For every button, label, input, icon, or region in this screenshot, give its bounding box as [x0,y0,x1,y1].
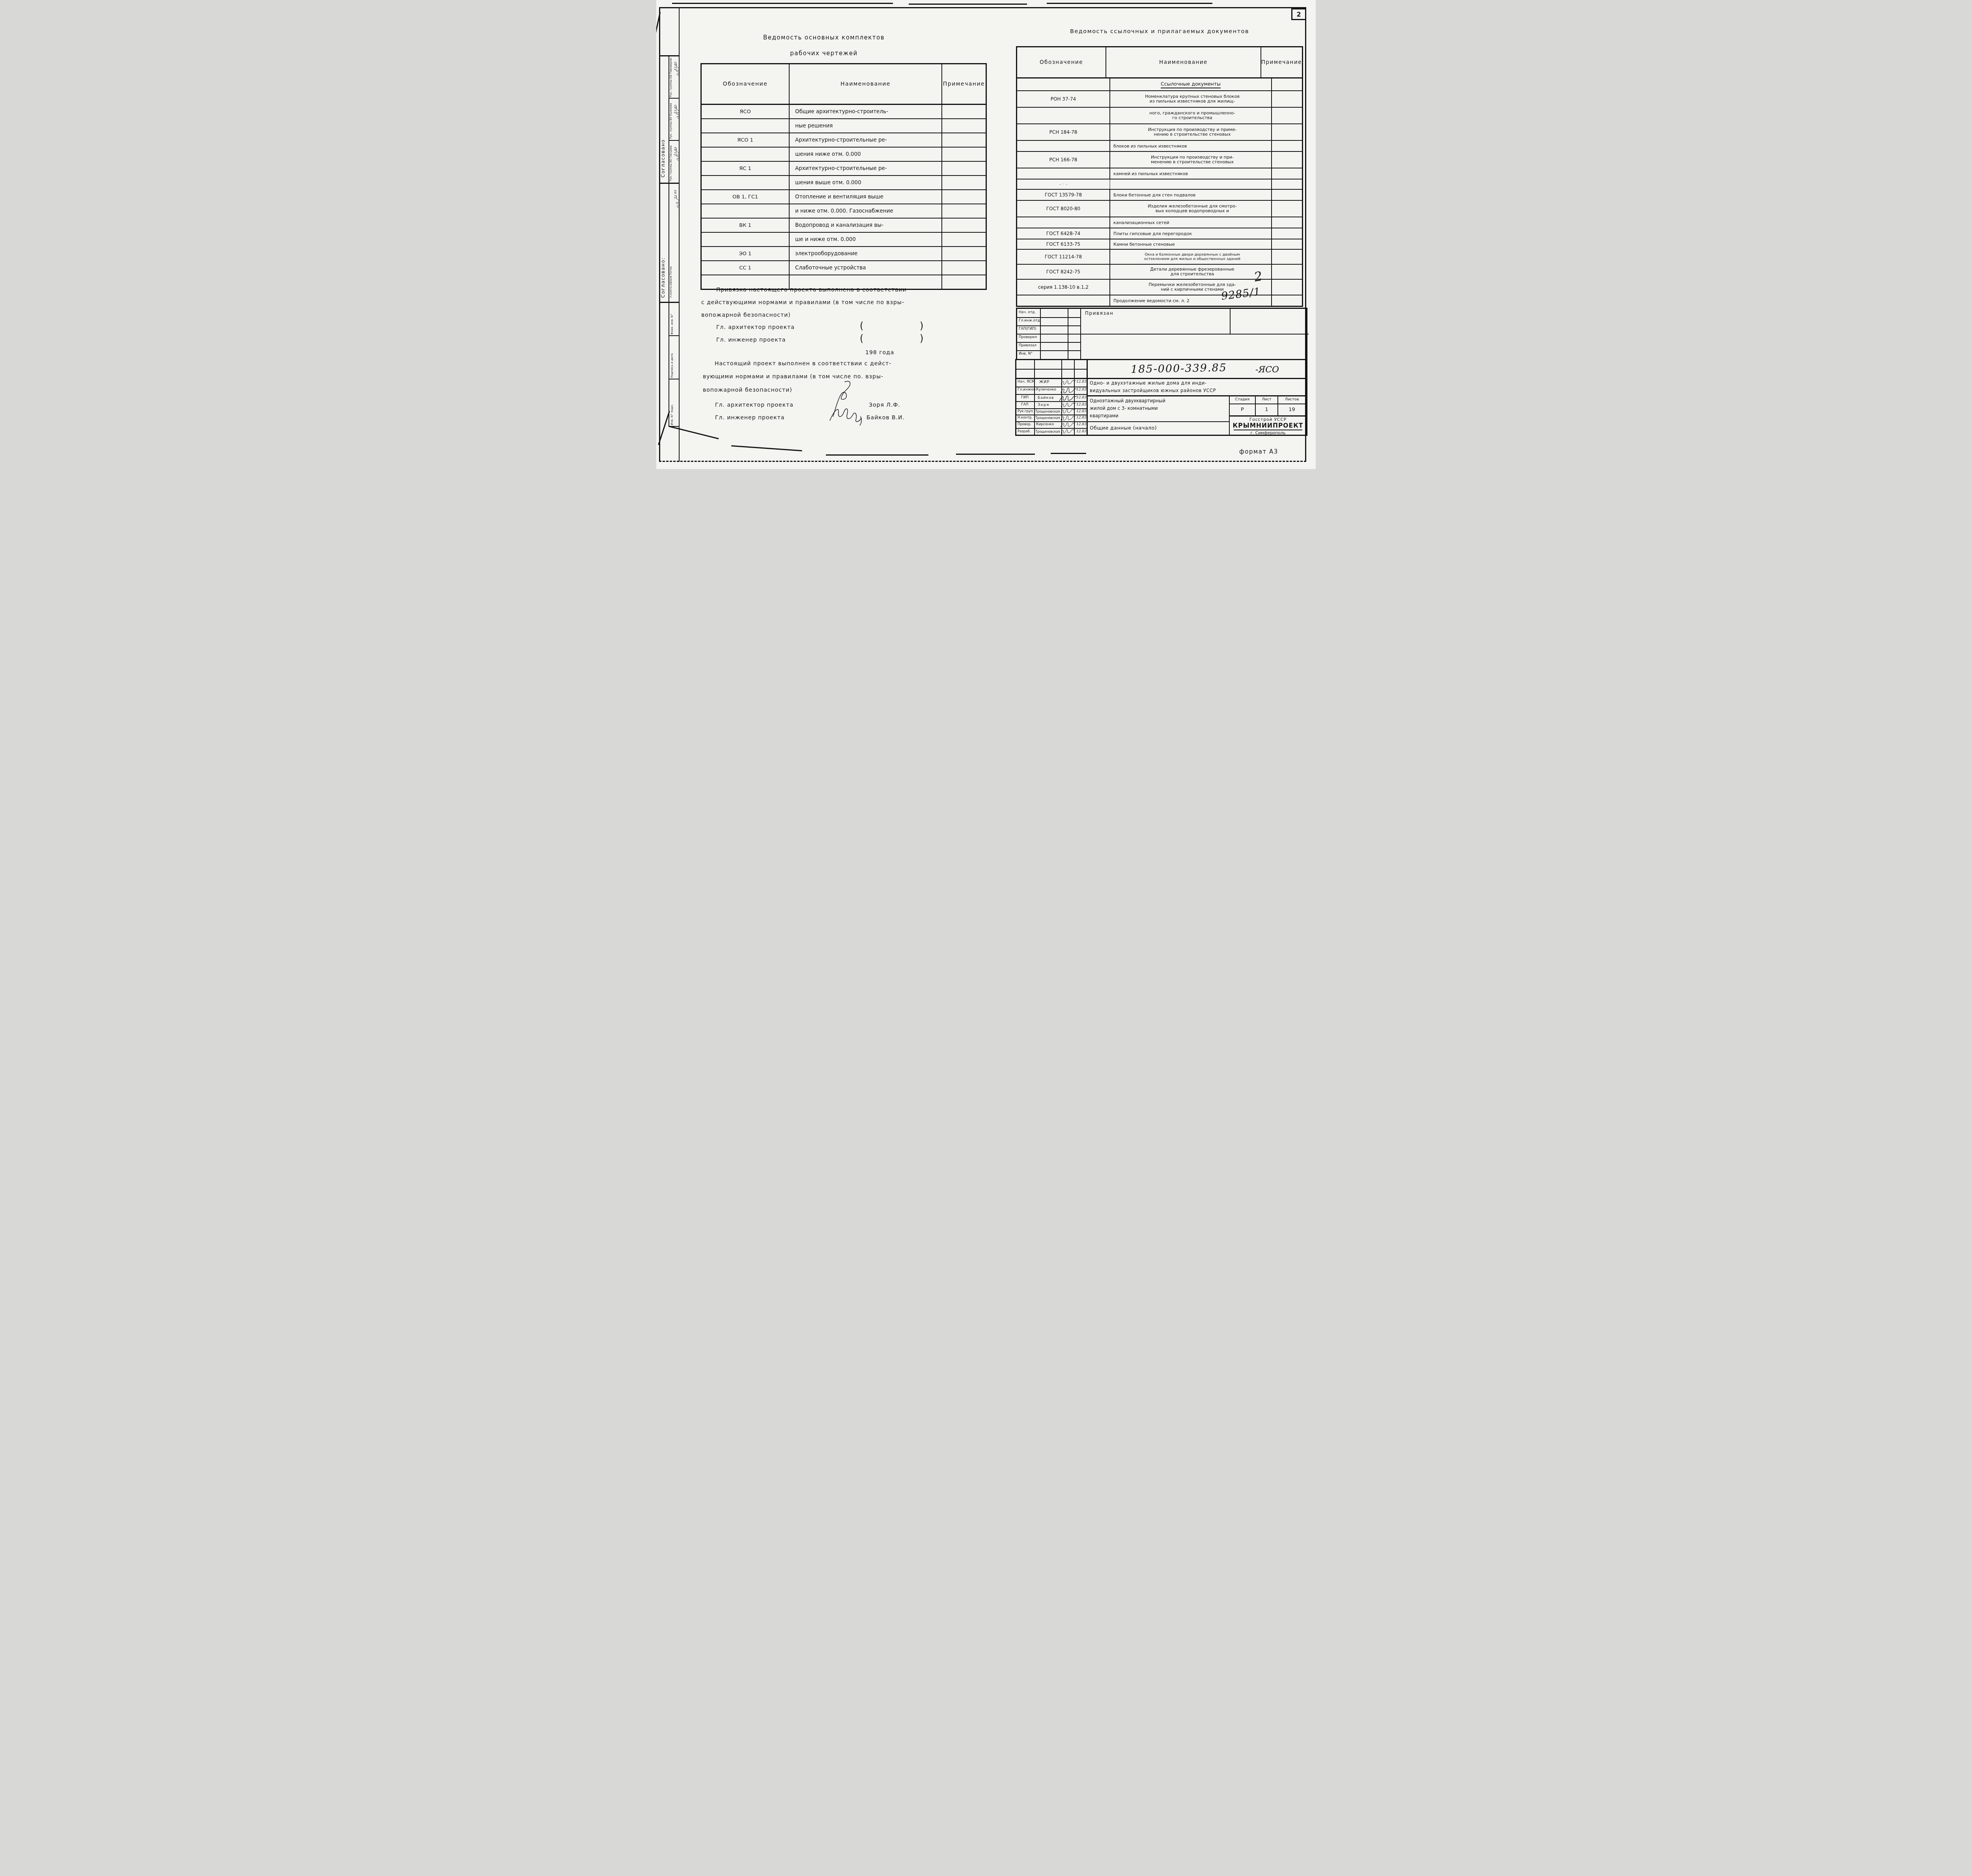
page-number-box: 2 [1291,8,1306,20]
table-row: ГОСТ 6428-74Плиты гипсовые для перегород… [1017,228,1302,239]
paren-open: ( [860,333,863,344]
table-row: РОН 37-74Номенклатура крупных стеновых б… [1017,91,1302,108]
attach-row-label: Нач. отд. [1019,310,1036,314]
chief-architect-name: Зоря Л.Ф. [869,402,900,408]
margin-line [669,379,679,379]
row-code: ГОСТ 13579-78 [1017,190,1110,200]
org-name: КРЫМНИИПРОЕКТ [1230,422,1306,429]
row-note [1272,239,1302,249]
stamp-cell-vzam: Взам. инв. N° [670,303,674,334]
row-code [702,204,790,218]
title-block: 185-000-339.85 -ЯСО Нач. ЯСМ ЖИР 12.83 Г… [1015,359,1307,436]
row-code: СС 1 [702,261,790,275]
row-code [702,176,790,189]
row-note [1272,295,1302,306]
stamp-line [1016,408,1087,409]
org-underline [1234,430,1302,430]
col-header-name: Наименование [790,64,942,104]
row-note [1272,179,1302,189]
row-name: ного, гражданского и промышленно-го стро… [1110,108,1272,123]
stamp-line [1034,360,1035,435]
table-row: ЯСО 1Архитектурно-строительные ре- [702,133,986,148]
row-name: ше и ниже отм. 0.000 [790,233,942,246]
list-header: Лист [1256,397,1277,402]
row-name-line2: вых колодцев водопроводных и [1156,209,1229,214]
working-sets-table: Обозначение Наименование Примечание ЯСОО… [700,63,987,290]
project-note-line1: Настоящий проект выполнен в соответствии… [715,361,891,367]
row-code: ЯСО [702,105,790,118]
signature-scribble [1060,422,1076,428]
row-name: Слаботочные устройства [790,261,942,275]
referenced-docs-table: Обозначение Наименование Примечание Ссыл… [1016,46,1303,307]
stamp-line [1016,421,1087,422]
row-name-line2: нению в строительстве стеновых [1154,132,1231,137]
stamp-line [1087,395,1306,396]
row-code: РСН 184-78 [1017,124,1110,140]
stamp-line [1017,317,1081,318]
row-note [942,204,986,218]
sig-name: Байков [1038,396,1054,400]
row-name-line2: ний с кирпичными стенами [1161,287,1224,292]
row-name-line2: менению в строительстве стеновых [1151,160,1234,165]
row-name: и ниже отм. 0.000. Газоснабжение [790,204,942,218]
row-code [1017,295,1110,306]
row-name: Номенклатура крупных стеновых блоковиз п… [1110,91,1272,107]
agreed-label: Согласовано [660,59,666,178]
attach-row-label: ГАП(ГИП) [1019,327,1036,331]
row-name: Камни бетонные стеновые [1110,239,1272,249]
row-code: ГОСТ 6133-75 [1017,239,1110,249]
sig-name: Зоря [1038,403,1049,407]
row-code: ГОСТ 11214-78 [1017,250,1110,264]
binding-note-line1: Привязка настоящего проекта выполнена в … [716,287,907,293]
stamp-line [1017,334,1309,334]
approval-row-label: Рук. группы ЭО Писцова [669,142,672,181]
attach-row-label: Инв. N° [1019,352,1033,356]
approval-row-label: Рук. группы ОВ Пивоваров- [669,56,672,97]
row-name: Архитектурно-строительные ре- [790,162,942,175]
signature-scribble [1060,415,1076,421]
stamp-line [1017,342,1081,343]
row-note [1272,280,1302,295]
row-code: - · - [1017,179,1110,189]
attached-note: Привязан [1085,310,1113,316]
row-name: шения выше отм. 0.000 [790,176,942,189]
table-row: РСН 166-78Инструкция по производству и п… [1017,152,1302,168]
row-note [1272,141,1302,151]
row-name: Блоки бетонные для стен подвалов [1110,190,1272,200]
row-note [1272,91,1302,107]
sig-date: 12.83 [1076,403,1087,407]
chief-engineer-label: Гл. инженер проекта [716,337,786,343]
row-code: ЯС 1 [702,162,790,175]
attach-row-label: Гл.инж.отд [1019,319,1040,323]
project-name-line2: видуальных застройщиков южных районов УС… [1090,388,1216,393]
doc-number: 185-000-339.85 [1131,362,1227,376]
table-row: шения выше отм. 0.000 [702,176,986,190]
row-name: ные решения [790,119,942,133]
table-row: ЯС 1Архитектурно-строительные ре- [702,162,986,176]
sig-role: Провер. [1018,422,1031,426]
table-row: канализационных сетей [1017,217,1302,228]
row-note [942,261,986,275]
row-code [1017,108,1110,123]
project-name-line1: Одно- и двухэтажные жилые дома для инди- [1090,380,1206,386]
row-name: Изделия железобетонные для смотро-вых ко… [1110,201,1272,217]
stamp-line [1016,415,1087,415]
attachment-block: Нач. отд. Гл.инж.отд ГАП(ГИП) Проверил П… [1016,308,1307,359]
row-note [1272,190,1302,200]
sig-date: 12.83 [1076,416,1087,420]
row-name-line1: Окна и балконные двери деревянные с двой… [1145,252,1240,257]
row-code: ГОСТ 8020-80 [1017,201,1110,217]
year-blank: 198 года [865,349,894,356]
sig-date: 12.83 [1076,409,1087,413]
signature-scribble [1061,379,1076,386]
row-code: ВК 1 [702,219,790,232]
row-code [1017,217,1110,228]
scanned-drawing-sheet: 2 Согласовано Согласовано: Рук. группы О… [656,0,1316,469]
row-name: Инструкция по производству и при-менению… [1110,152,1272,168]
attach-row-label: Привязал [1019,344,1036,348]
object-name-line2: жилой дом с 3- комнатными [1090,405,1158,411]
top-edge-dash [909,4,1027,5]
row-code: ГОСТ 8242-75 [1017,265,1110,279]
sig-role: Разраб. [1018,430,1031,433]
row-note [942,148,986,161]
row-code: ЭО 1 [702,247,790,260]
stamp-line [1087,360,1088,435]
object-name-line1: Одноэтажный двухквартирный [1090,398,1165,404]
sig-role: ГАП [1021,403,1028,407]
row-name: блоков из пильных известняков [1110,141,1272,151]
margin-line [669,335,679,336]
row-note [942,219,986,232]
row-name: Инструкция по производству и приме-нению… [1110,124,1272,140]
scan-artifact-dash [956,454,1035,455]
row-note [1272,217,1302,228]
table-row: ВК 1Водопровод и канализация вы- [702,219,986,233]
row-name: электрооборудование [790,247,942,260]
format-label: формат А3 [1239,448,1278,455]
sig-date: 12.83 [1076,422,1087,426]
row-name: Архитектурно-строительные ре- [790,133,942,147]
normocontrol-date: 12.85 [674,185,677,199]
signature-scribble [1061,428,1076,435]
stamp-line [1229,415,1306,417]
table-row: ного, гражданского и промышленно-го стро… [1017,108,1302,124]
table-row: ОВ 1, ГС1Отопление и вентиляция выше [702,190,986,204]
table-row: ГОСТ 8020-80Изделия железобетонные для с… [1017,201,1302,217]
stamp-line [1230,309,1231,334]
main-table-title-line2: рабочих чертежей [731,50,917,57]
row-code: РОН 37-74 [1017,91,1110,107]
row-note [1272,250,1302,264]
subheader-text: Ссылочные документы [1161,81,1221,88]
row-note [942,133,986,147]
row-note [942,275,986,289]
row-note [1272,124,1302,140]
table-row: камней из пильных известняков [1017,168,1302,179]
stamp-line [1229,404,1306,404]
signature-scribble [1061,408,1076,415]
row-code: ЯСО 1 [702,133,790,147]
normocontrol-label: Н.контр.оформ Потех [669,219,672,298]
row-code [1017,78,1110,90]
sig-role: Н.контр. [1018,416,1033,420]
stamp-line [1016,378,1306,379]
stamp-cell-inv: Инв. N° подл. [670,380,674,425]
table-row: и ниже отм. 0.000. Газоснабжение [702,204,986,219]
paren-close: ) [920,320,923,331]
row-code: серия 1.138-10 в.1,2 [1017,280,1110,295]
table-row: ЯСООбщие архитектурно-строитель- [702,105,986,119]
row-note [1272,228,1302,239]
lists-header: Листов [1278,397,1305,402]
row-name-line2: го строительства [1172,116,1212,121]
sheet-title: Общие данные (начало) [1090,425,1157,431]
stage-value: Р [1230,407,1255,413]
table-row: шения ниже отм. 0.000 [702,148,986,162]
row-code [702,233,790,246]
row-note [942,247,986,260]
stage-header: Стадия [1230,397,1255,402]
row-note [942,233,986,246]
table-row: ГОСТ 13579-78Блоки бетонные для стен под… [1017,190,1302,201]
row-name: Общие архитектурно-строитель- [790,105,942,118]
row-name-line2: из пильных известняков для жилищ- [1150,99,1235,104]
row-note [1272,152,1302,168]
row-name-line2: остеклением для жилых и общественных зда… [1144,257,1240,261]
org-authority: Госстрой УССР [1230,417,1306,422]
row-note [1272,201,1302,217]
sig-name: Трощеновская [1035,430,1060,433]
table-row: РСН 184-78Инструкция по производству и п… [1017,124,1302,141]
stamp-line [1016,369,1087,370]
row-name: шения ниже отм. 0.000 [790,148,942,161]
table-row: ные решения [702,119,986,133]
lists-value: 19 [1278,407,1305,413]
row-note [1272,168,1302,179]
top-edge-dash [1047,3,1212,4]
sig-date: 12.83 [1076,388,1087,392]
table-header: Обозначение Наименование Примечание [1017,47,1302,78]
binding-note-line2: с действующими нормами и правилами (в то… [701,299,904,306]
signature-scribble [1061,401,1076,409]
row-name-line2: для строительства [1171,272,1214,277]
row-note [942,190,986,204]
row-code: ОВ 1, ГС1 [702,190,790,204]
row-note [1272,265,1302,279]
row-code: РСН 166-78 [1017,152,1110,168]
object-name-line3: квартирами [1090,413,1119,419]
row-code [702,119,790,133]
sig-name: ЖИР [1039,380,1049,384]
table-row: ше и ниже отм. 0.000 [702,233,986,247]
approval-date: 12.83 [674,142,677,156]
table-row: ЭО 1электрооборудование [702,247,986,261]
sig-name: Трощеновская [1035,409,1060,413]
row-name: Водопровод и канализация вы- [790,219,942,232]
sig-date: 12.83 [1076,396,1087,400]
row-name: Окна и балконные двери деревянные с двой… [1110,250,1272,264]
main-table-title-line1: Ведомость основных комплектов [731,34,917,41]
col-header-note: Примечание [1261,47,1302,77]
scan-artifact-dash [1051,453,1086,454]
sig-role: Гл.инжен [1018,388,1035,392]
paren-open: ( [860,320,863,331]
approval-date: 12.83 [674,100,677,114]
row-name: Отопление и вентиляция выше [790,190,942,204]
col-header-code: Обозначение [702,64,790,104]
subheader-cell: Ссылочные документы [1110,78,1272,90]
list-value: 1 [1256,407,1277,413]
table-row: ГОСТ 11214-78Окна и балконные двери дере… [1017,250,1302,265]
row-note [942,162,986,175]
stamp-line [1016,428,1087,429]
chief-architect-label: Гл. архитектор проекта [715,402,794,408]
table-row: СС 1Слаботочные устройства [702,261,986,275]
col-header-code: Обозначение [1017,47,1106,77]
row-name: Детали деревянные фрезерованныедля строи… [1110,265,1272,279]
project-note-line3: вопожарной безопасности) [703,387,792,393]
scan-artifact-dash [826,454,928,456]
stamp-line [1017,350,1081,351]
row-note [942,176,986,189]
sig-role: Рук.груп. [1018,409,1034,413]
row-name: Плиты гипсовые для перегородок [1110,228,1272,239]
row-note [1272,108,1302,123]
attach-row-label: Проверил [1019,335,1037,339]
stamp-line [1017,325,1081,326]
page-number: 2 [1296,11,1301,18]
row-name: канализационных сетей [1110,217,1272,228]
margin-line [669,98,679,99]
row-code [1017,141,1110,151]
table-subheader-row: Ссылочные документы [1017,78,1302,91]
row-code [1017,168,1110,179]
org-city: г. Симферополь [1230,431,1306,435]
stamp-line [1087,421,1230,422]
approval-date: 12.83 [674,57,677,71]
binding-note-line3: вопожарной безопасности) [701,312,791,318]
chief-engineer-label: Гл. инженер проекта [715,415,784,421]
ref-table-title: Ведомость ссылочных и прилагаемых докуме… [1012,28,1307,35]
sig-date: 12.83 [1076,430,1087,433]
row-note [1272,78,1302,90]
sig-date: 12.83 [1076,380,1087,384]
row-name [1110,179,1272,189]
row-note [942,105,986,118]
sig-role: ГИП [1021,396,1029,400]
sig-role: Нач. ЯСМ [1018,380,1035,384]
table-row: ГОСТ 6133-75Камни бетонные стеновые [1017,239,1302,250]
row-note [942,119,986,133]
signature-scribble-large [821,379,872,426]
doc-suffix: -ЯСО [1255,365,1279,375]
signature-scribble [1060,386,1077,395]
table-row: - · - [1017,179,1302,190]
row-code [702,148,790,161]
agreed-label: Согласовано: [660,187,666,298]
sig-name: Куличенко [1036,388,1056,392]
table-header: Обозначение Наименование Примечание [702,64,986,105]
chief-architect-label: Гл. архитектор проекта [716,324,795,331]
col-header-note: Примечание [942,64,986,104]
top-edge-dash [672,3,893,4]
col-header-name: Наименование [1106,47,1261,77]
table-row: блоков из пильных известняков [1017,141,1302,152]
row-code: ГОСТ 6428-74 [1017,228,1110,239]
margin-line [669,140,679,141]
paren-close: ) [920,333,923,344]
approval-row-label: Рук. группы ВК Ушанова [669,99,672,139]
row-name: камней из пильных известняков [1110,168,1272,179]
sig-name: Кирсенко [1036,422,1054,426]
sig-name: Трощеновская [1035,416,1060,420]
stamp-cell-podpis: Подпись и дата [670,337,674,378]
